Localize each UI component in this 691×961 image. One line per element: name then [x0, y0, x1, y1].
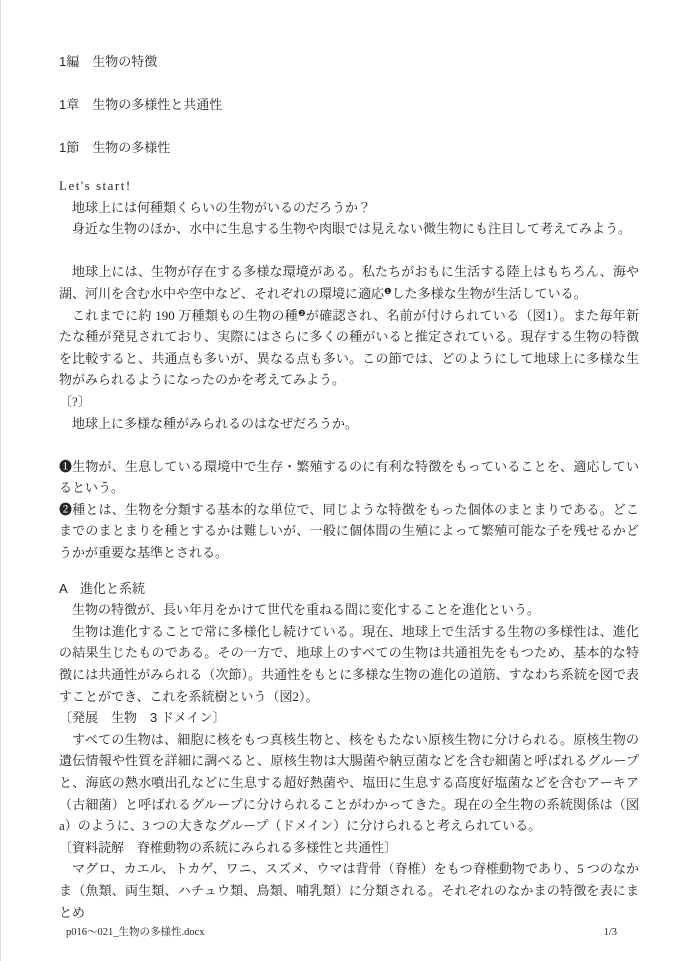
document-body: 1編 生物の特徴 1章 生物の多様性と共通性 1節 生物の多様性 Let's s…	[59, 51, 639, 923]
shiryo-paragraph: マグロ、カエル、トカゲ、ワニ、スズメ、ウマは背骨（脊椎）をもつ脊椎動物であり、5…	[59, 858, 639, 923]
shiryo-heading: 〔資料読解 脊椎動物の系統にみられる多様性と共通性〕	[59, 837, 639, 859]
hatten-heading: 〔発展 生物 3 ドメイン〕	[59, 707, 639, 729]
footnote-marker-1: ❶	[384, 286, 392, 296]
part-heading: 1編 生物の特徴	[59, 51, 639, 73]
paragraph-text: した多様な生物が生活している。	[392, 286, 587, 301]
lets-start-line: 身近な生物のほか、水中に生息する生物や肉眼では見えない微生物にも注目して考えてみ…	[59, 218, 639, 240]
hatten-paragraph: すべての生物は、細胞に核をもつ真核生物と、核をもたない原核生物に分けられる。原核…	[59, 729, 639, 837]
chapter-heading: 1章 生物の多様性と共通性	[59, 94, 639, 116]
footer-page-number: 1/3	[604, 926, 617, 940]
section-heading: 1節 生物の多様性	[59, 137, 639, 159]
body-paragraph: これまでに約 190 万種類もの生物の種❷が確認され、名前が付けられている（図1…	[59, 305, 639, 391]
body-paragraph: 地球上には、生物が存在する多様な環境がある。私たちがおもに生活する陸上はもちろん…	[59, 261, 639, 304]
page-footer: p016～021_生物の多様性.docx 1/3	[66, 926, 617, 940]
footnote-marker-2: ❷	[298, 308, 306, 318]
section-a-paragraph: 生物は進化することで常に多様化し続けている。現在、地球上で生活する生物の多様性は…	[59, 621, 639, 707]
lets-start-title: Let's start!	[59, 175, 639, 197]
section-a-heading: A 進化と系統	[59, 578, 639, 600]
footnote-2: ❷種とは、生物を分類する基本的な単位で、同じような特徴をもった個体のまとまりであ…	[59, 499, 639, 564]
question-label: 〔?〕	[59, 391, 639, 413]
question-text: 地球上に多様な種がみられるのはなぜだろうか。	[59, 413, 639, 435]
lets-start-line: 地球上には何種類くらいの生物がいるのだろうか？	[59, 197, 639, 219]
section-a-paragraph: 生物の特徴が、長い年月をかけて世代を重ねる間に変化することを進化という。	[59, 599, 639, 621]
document-page: 1編 生物の特徴 1章 生物の多様性と共通性 1節 生物の多様性 Let's s…	[0, 0, 691, 961]
paragraph-text: これまでに約 190 万種類もの生物の種	[72, 308, 298, 323]
footnote-1: ❶生物が、生息している環境中で生存・繁殖するのに有利な特徴をもっていることを、適…	[59, 456, 639, 499]
footer-filename: p016～021_生物の多様性.docx	[66, 926, 205, 940]
